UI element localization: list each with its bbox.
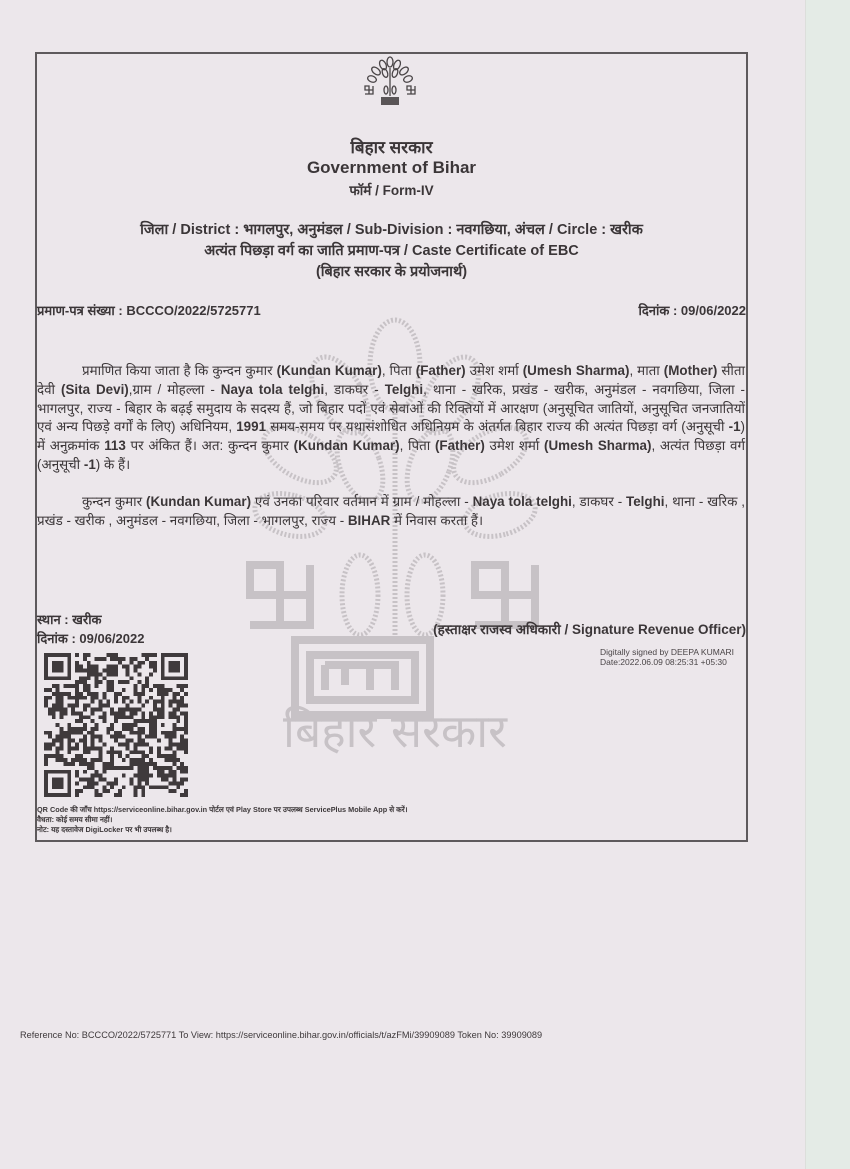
digital-signature-date: Date:2022.06.09 08:25:31 +05:30 <box>600 657 734 667</box>
form-label: फॉर्म / Form-IV <box>35 181 748 199</box>
certificate-date-value: 09/06/2022 <box>681 303 746 318</box>
qr-note: QR Code की जाँच https://serviceonline.bi… <box>37 805 408 835</box>
title-hindi: बिहार सरकार <box>35 135 748 158</box>
reference-line: Reference No: BCCCO/2022/5725771 To View… <box>20 1030 542 1040</box>
qr-note-verify: QR Code की जाँच https://serviceonline.bi… <box>37 805 408 815</box>
certificate-number: प्रमाण-पत्र संख्या : BCCCO/2022/5725771 <box>37 301 261 319</box>
certificate-title: अत्यंत पिछड़ा वर्ग का जाति प्रमाण-पत्र /… <box>35 240 748 260</box>
title-english: Government of Bihar <box>35 158 748 178</box>
digital-signature-signer: Digitally signed by DEEPA KUMARI <box>600 647 734 657</box>
digital-signature: Digitally signed by DEEPA KUMARI Date:20… <box>600 647 734 667</box>
certificate-purpose: (बिहार सरकार के प्रयोजनार्थ) <box>35 261 748 281</box>
qr-note-digilocker: नोट: यह दस्तावेज DigiLocker पर भी उपलब्ध… <box>37 825 408 835</box>
district-line: जिला / District : भागलपुर, अनुमंडल / Sub… <box>35 219 748 239</box>
watermark-text: बिहार सरकार <box>283 704 508 755</box>
certificate-date-label: दिनांक : <box>639 303 678 318</box>
bihar-emblem-icon <box>360 56 420 106</box>
certificate-number-label: प्रमाण-पत्र संख्या : <box>37 303 123 318</box>
certificate-body-paragraph-1: प्रमाणित किया जाता है कि कुन्दन कुमार (K… <box>37 362 745 475</box>
certificate-body-paragraph-2: कुन्दन कुमार (Kundan Kumar) एवं उनका परि… <box>37 493 745 531</box>
scan-edge-strip <box>805 0 850 1169</box>
place: स्थान : खरीक <box>37 610 102 628</box>
qr-code-icon[interactable] <box>44 653 188 797</box>
signature-label: (हस्ताक्षर राजस्व अधिकारी / Signature Re… <box>433 620 746 638</box>
qr-note-validity: वैधता: कोई समय सीमा नहीं। <box>37 815 408 825</box>
certificate-date: दिनांक : 09/06/2022 <box>639 301 746 319</box>
issue-date: दिनांक : 09/06/2022 <box>37 629 144 647</box>
